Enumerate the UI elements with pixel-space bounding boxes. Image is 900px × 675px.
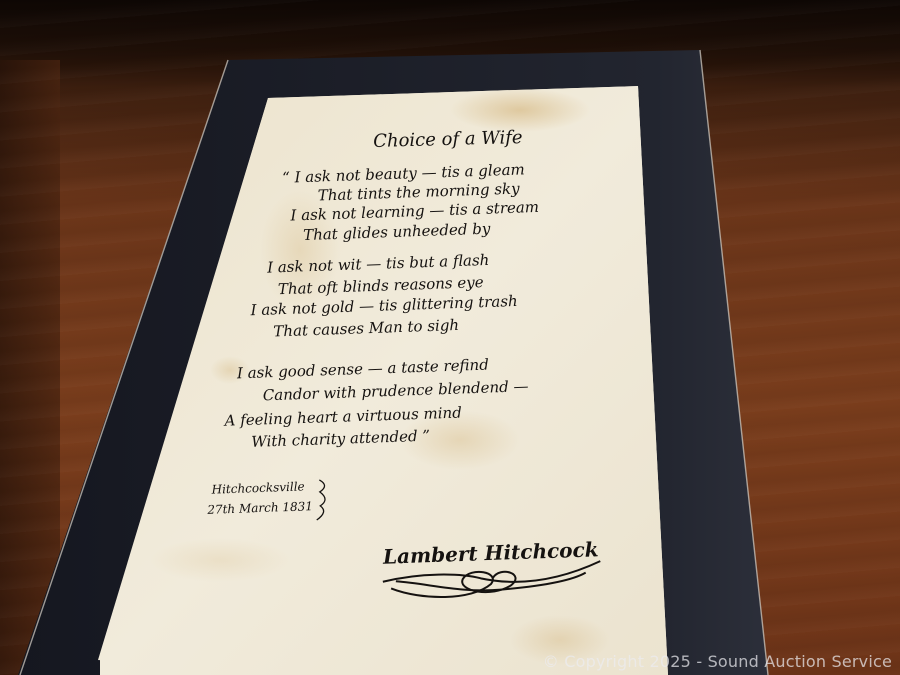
photo-scene: Choice of a Wife “ I ask not beauty — ti…: [0, 0, 900, 675]
framed-document: Choice of a Wife “ I ask not beauty — ti…: [0, 0, 900, 675]
document-title: Choice of a Wife: [373, 127, 523, 152]
copyright-watermark: © Copyright 2025 - Sound Auction Service: [543, 652, 892, 671]
